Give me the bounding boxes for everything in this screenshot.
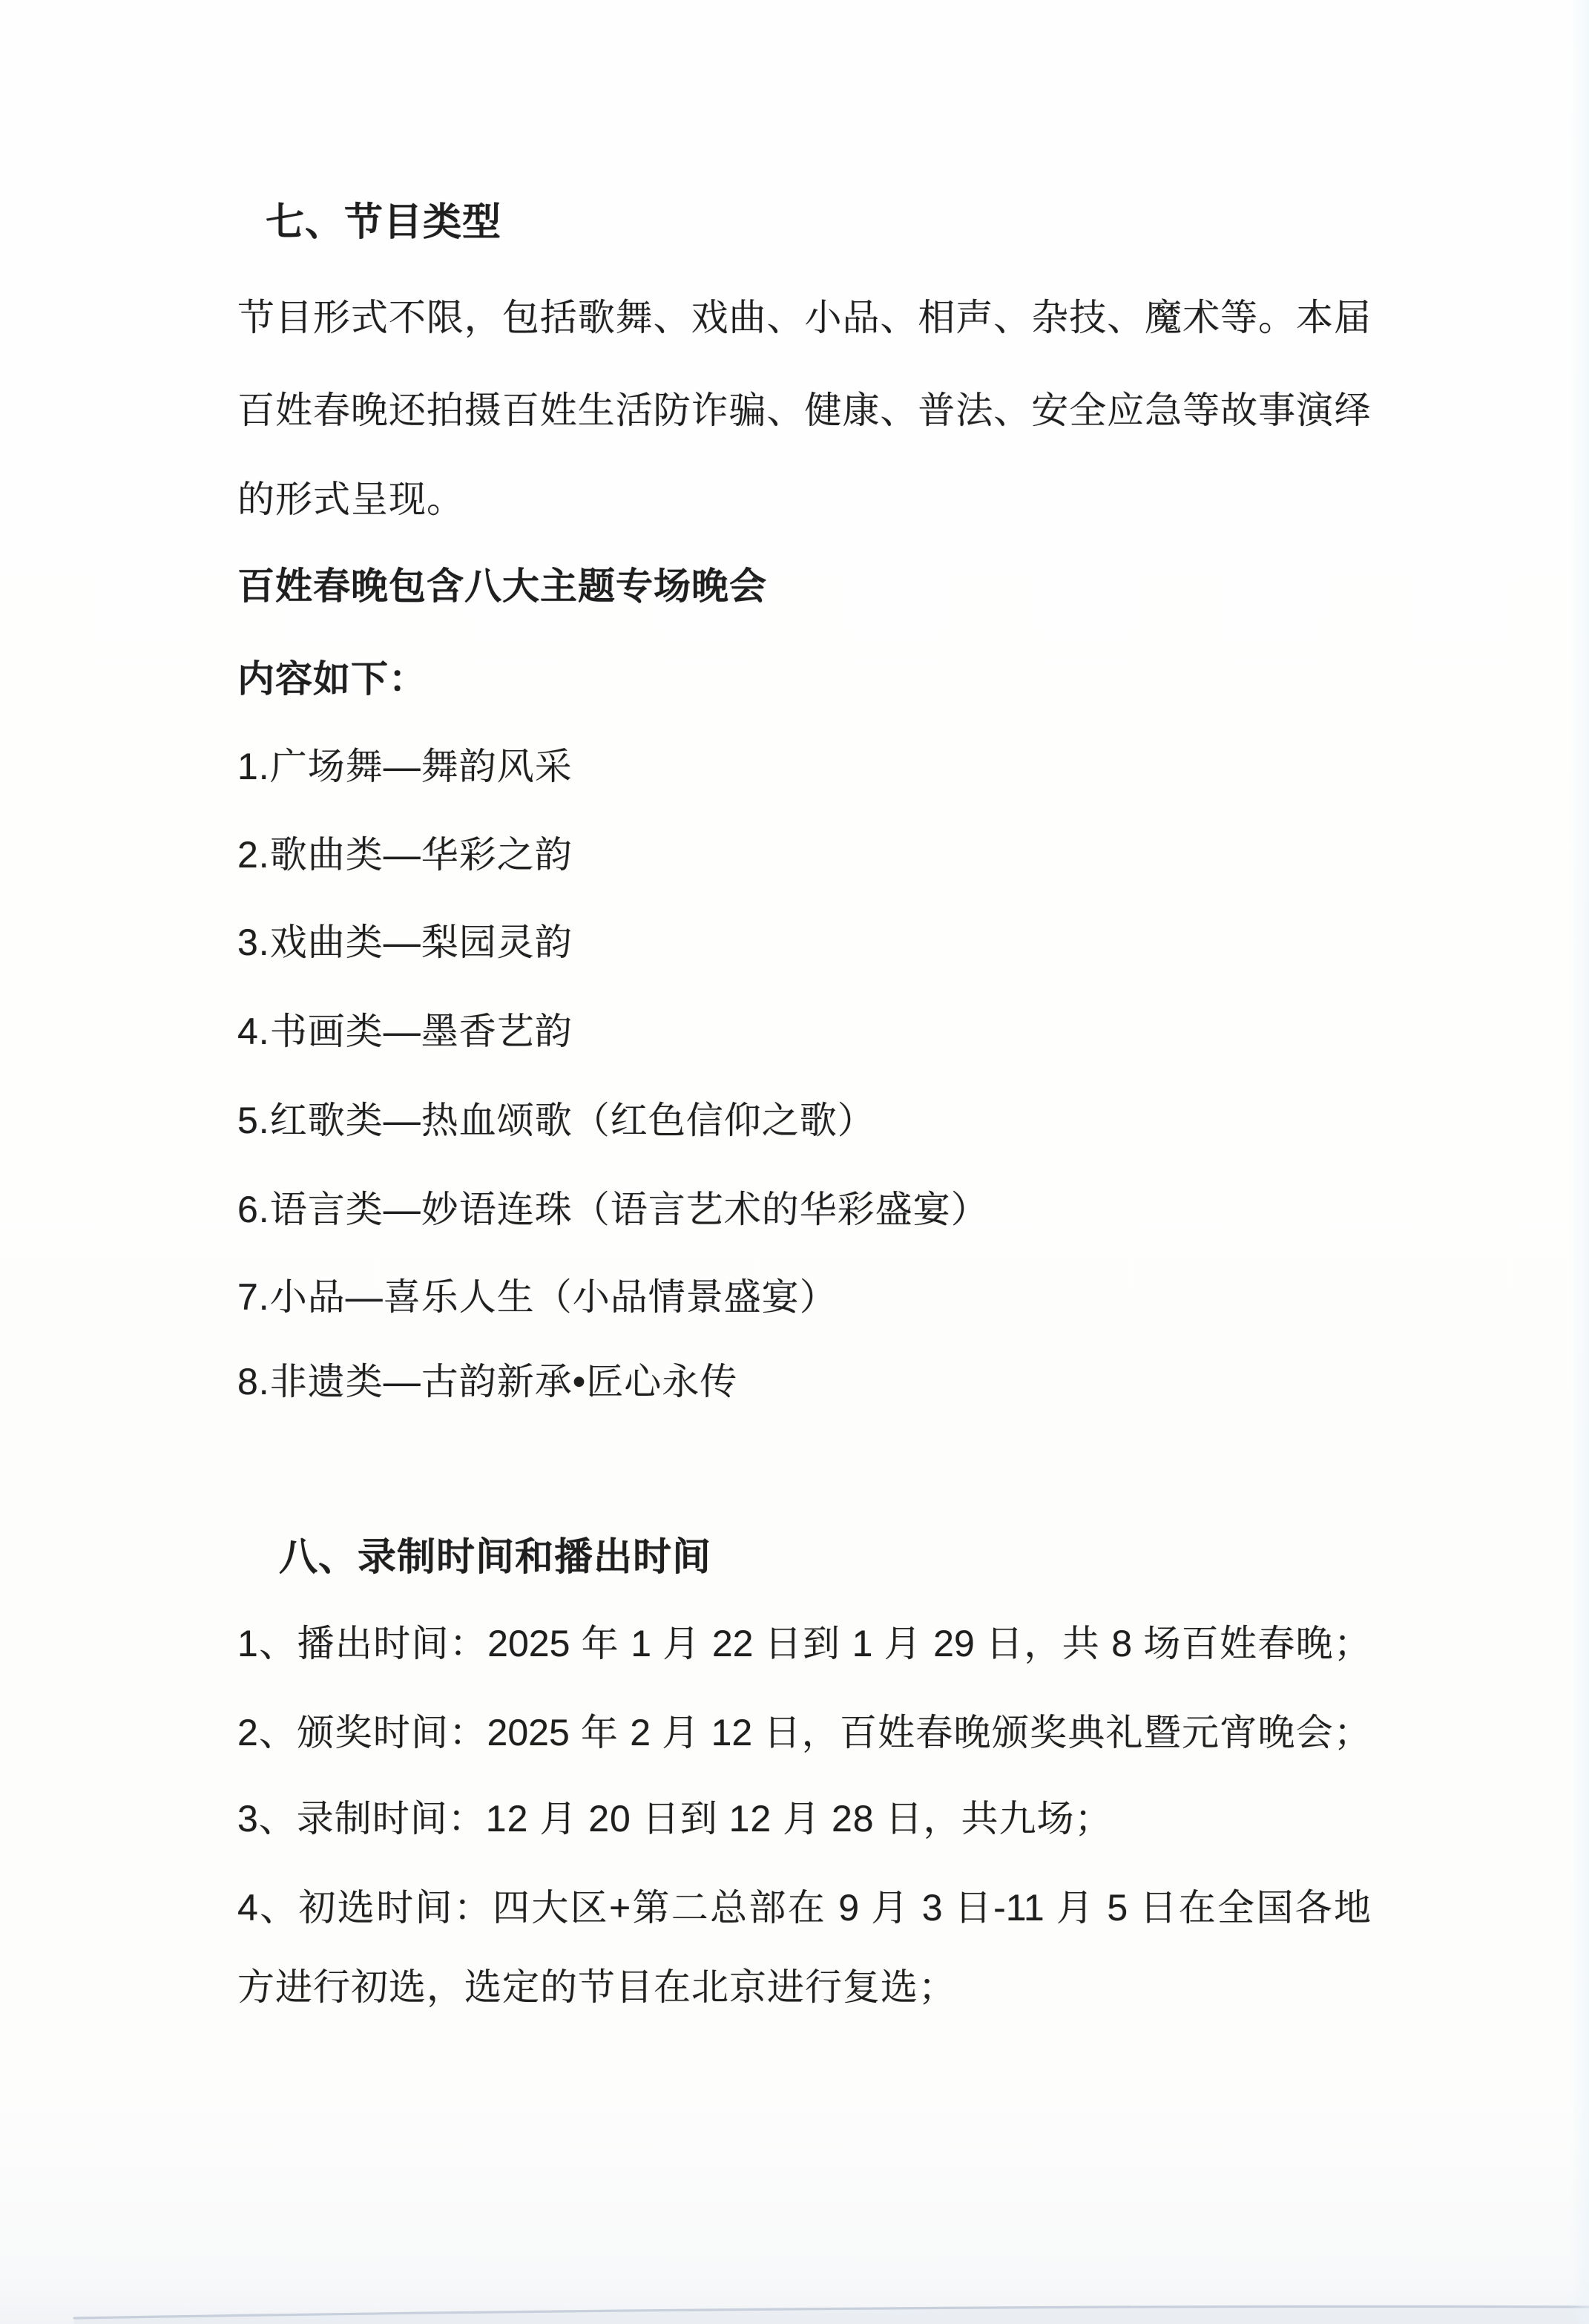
section-7-paragraph-line-3: 的形式呈现。 xyxy=(237,476,1395,523)
theme-list-item: 7.小品—喜乐人生（小品情景盛宴） xyxy=(237,1273,1395,1321)
theme-list-item: 2.歌曲类—华彩之韵 xyxy=(237,831,1395,879)
page-bottom-scan-edge xyxy=(0,2279,1589,2324)
theme-list-item: 5.红歌类—热血颂歌（红色信仰之歌） xyxy=(237,1097,1395,1144)
section-7-paragraph-line-2: 百姓春晚还拍摄百姓生活防诈骗、健康、普法、安全应急等故事演绎 xyxy=(237,387,1371,434)
schedule-list-item: 2、颁奖时间：2025 年 2 月 12 日，百姓春晚颁奖典礼暨元宵晚会； xyxy=(237,1709,1371,1756)
schedule-list-item: 4、初选时间：四大区+第二总部在 9 月 3 日-11 月 5 日在全国各地 xyxy=(237,1884,1371,1931)
section-7-paragraph-line-1: 节目形式不限，包括歌舞、戏曲、小品、相声、杂技、魔术等。本届 xyxy=(237,294,1371,341)
section-7-heading: 七、节目类型 xyxy=(266,199,1423,246)
schedule-list-item: 1、播出时间：2025 年 1 月 22 日到 1 月 29 日，共 8 场百姓… xyxy=(237,1620,1371,1667)
theme-list-item: 4.书画类—墨香艺韵 xyxy=(237,1008,1395,1055)
theme-list-item: 1.广场舞—舞韵风采 xyxy=(237,743,1395,790)
theme-list-item: 3.戏曲类—梨园灵韵 xyxy=(237,919,1395,966)
theme-list-item: 6.语言类—妙语连珠（语言艺术的华彩盛宴） xyxy=(237,1186,1395,1233)
section-8-heading: 八、录制时间和播出时间 xyxy=(279,1534,1436,1581)
theme-list-item: 8.非遗类—古韵新承•匠心永传 xyxy=(237,1358,1395,1405)
schedule-list-item-continuation: 方进行初选，选定的节目在北京进行复选； xyxy=(237,1963,1395,2011)
schedule-list-item: 3、录制时间：12 月 20 日到 12 月 28 日，共九场； xyxy=(237,1795,1395,1842)
scanned-document-page: 七、节目类型 节目形式不限，包括歌舞、戏曲、小品、相声、杂技、魔术等。本届 百姓… xyxy=(0,0,1589,2324)
themes-subheading: 百姓春晚包含八大主题专场晚会 xyxy=(237,562,1395,610)
contents-subheading: 内容如下： xyxy=(237,655,1395,703)
